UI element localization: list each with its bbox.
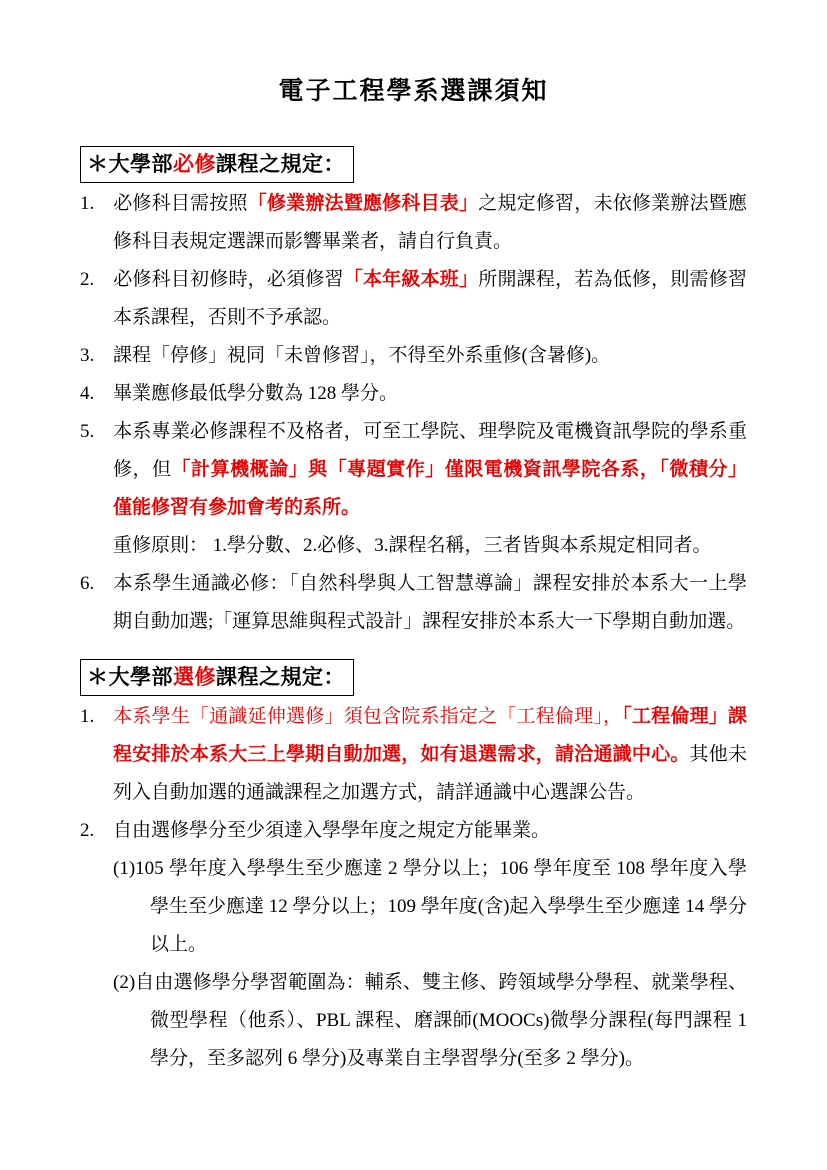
item-list: 1.必修科目需按照「修業辦法暨應修科目表」之規定修習，未依修業辦法暨應修科目表規…	[80, 185, 747, 641]
section-heading: ＊大學部選修課程之規定：	[80, 659, 354, 696]
list-item: 2.自由選修學分至少須達入學學年度之規定方能畢業。(1)105 學年度入學學生至…	[80, 812, 747, 1078]
paragraph: 5.本系專業必修課程不及格者，可至工學院、理學院及電機資訊學院的學系重修，但「計…	[113, 413, 747, 527]
item-list: 1.本系學生「通識延伸選修」須包含院系指定之「工程倫理」，「工程倫理」課程安排於…	[80, 698, 747, 1078]
paragraph: 4.畢業應修最低學分數為 128 學分。	[113, 375, 747, 413]
item-number: 1.	[80, 185, 113, 223]
item-number: 6.	[80, 565, 113, 603]
text-segment: 畢業應修最低學分數為 128 學分。	[113, 383, 398, 404]
list-item: 5.本系專業必修課程不及格者，可至工學院、理學院及電機資訊學院的學系重修，但「計…	[80, 413, 747, 565]
paragraph: 重修原則： 1.學分數、2.必修、3.課程名稱，三者皆與本系規定相同者。	[113, 527, 747, 565]
text-segment: 課程「停修」視同「未曾修習」，不得至外系重修(含暑修)。	[113, 345, 610, 366]
text-segment: ＊大學部	[87, 152, 173, 176]
text-segment: 自由選修學分學習範圍為：輔系、雙主修、跨領域學分學程、就業學程、微型學程（他系）…	[135, 972, 747, 1069]
text-segment: 本系學生「通識延伸選修」須包含院系指定之「工程倫理」，	[113, 706, 622, 727]
paragraph: 2.自由選修學分至少須達入學學年度之規定方能畢業。	[113, 812, 747, 850]
section: ＊大學部選修課程之規定：1.本系學生「通識延伸選修」須包含院系指定之「工程倫理」…	[80, 659, 747, 1078]
sub-item-marker: (2)	[113, 972, 135, 993]
item-number: 2.	[80, 261, 113, 299]
list-item: 6.本系學生通識必修：「自然科學與人工智慧導論」課程安排於本系大一上學期自動加選…	[80, 565, 747, 641]
section: ＊大學部必修課程之規定：1.必修科目需按照「修業辦法暨應修科目表」之規定修習，未…	[80, 146, 747, 641]
paragraph: 1.本系學生「通識延伸選修」須包含院系指定之「工程倫理」，「工程倫理」課程安排於…	[113, 698, 747, 812]
text-segment: 課程之規定：	[216, 152, 345, 176]
text-segment: 選修	[173, 665, 216, 689]
text-segment: 課程之規定：	[216, 665, 345, 689]
list-item: 1.本系學生「通識延伸選修」須包含院系指定之「工程倫理」，「工程倫理」課程安排於…	[80, 698, 747, 812]
list-item: 2.必修科目初修時，必須修習「本年級本班」所開課程，若為低修，則需修習本系課程，…	[80, 261, 747, 337]
list-item: 1.必修科目需按照「修業辦法暨應修科目表」之規定修習，未依修業辦法暨應修科目表規…	[80, 185, 747, 261]
item-number: 2.	[80, 812, 113, 850]
item-number: 1.	[80, 698, 113, 736]
text-segment: 「計算機概論」與「專題實作」僅限電機資訊學院各系，「微積分」僅能修習有參加會考的…	[113, 459, 747, 518]
text-segment: 必修	[173, 152, 216, 176]
list-item: 3.課程「停修」視同「未曾修習」，不得至外系重修(含暑修)。	[80, 337, 747, 375]
sub-list-item: (2)自由選修學分學習範圍為：輔系、雙主修、跨領域學分學程、就業學程、微型學程（…	[113, 964, 747, 1078]
text-segment: 「本年級本班」	[344, 269, 478, 290]
item-number: 3.	[80, 337, 113, 375]
item-number: 5.	[80, 413, 113, 451]
section-heading: ＊大學部必修課程之規定：	[80, 146, 354, 183]
document-sections: ＊大學部必修課程之規定：1.必修科目需按照「修業辦法暨應修科目表」之規定修習，未…	[80, 146, 747, 1078]
text-segment: ＊大學部	[87, 665, 173, 689]
paragraph: 2.必修科目初修時，必須修習「本年級本班」所開課程，若為低修，則需修習本系課程，…	[113, 261, 747, 337]
paragraph: 3.課程「停修」視同「未曾修習」，不得至外系重修(含暑修)。	[113, 337, 747, 375]
page-title: 電子工程學系選課須知	[80, 68, 747, 116]
sub-item-marker: (1)	[113, 858, 135, 879]
sub-list-item: (1)105 學年度入學學生至少應達 2 學分以上；106 學年度至 108 學…	[113, 850, 747, 964]
item-number: 4.	[80, 375, 113, 413]
paragraph: 1.必修科目需按照「修業辦法暨應修科目表」之規定修習，未依修業辦法暨應修科目表規…	[113, 185, 747, 261]
text-segment: 本系學生通識必修：「自然科學與人工智慧導論」課程安排於本系大一上學期自動加選;「…	[113, 573, 747, 632]
text-segment: 必修科目需按照	[113, 193, 248, 214]
text-segment: 重修原則： 1.學分數、2.必修、3.課程名稱，三者皆與本系規定相同者。	[113, 535, 712, 556]
paragraph: 6.本系學生通識必修：「自然科學與人工智慧導論」課程安排於本系大一上學期自動加選…	[113, 565, 747, 641]
text-segment: 105 學年度入學學生至少應達 2 學分以上；106 學年度至 108 學年度入…	[135, 858, 747, 955]
text-segment: 「修業辦法暨應修科目表」	[248, 193, 479, 214]
text-segment: 必修科目初修時，必須修習	[113, 269, 344, 290]
text-segment: 自由選修學分至少須達入學學年度之規定方能畢業。	[113, 820, 550, 841]
document-page: 電子工程學系選課須知 ＊大學部必修課程之規定：1.必修科目需按照「修業辦法暨應修…	[0, 0, 827, 1170]
list-item: 4.畢業應修最低學分數為 128 學分。	[80, 375, 747, 413]
